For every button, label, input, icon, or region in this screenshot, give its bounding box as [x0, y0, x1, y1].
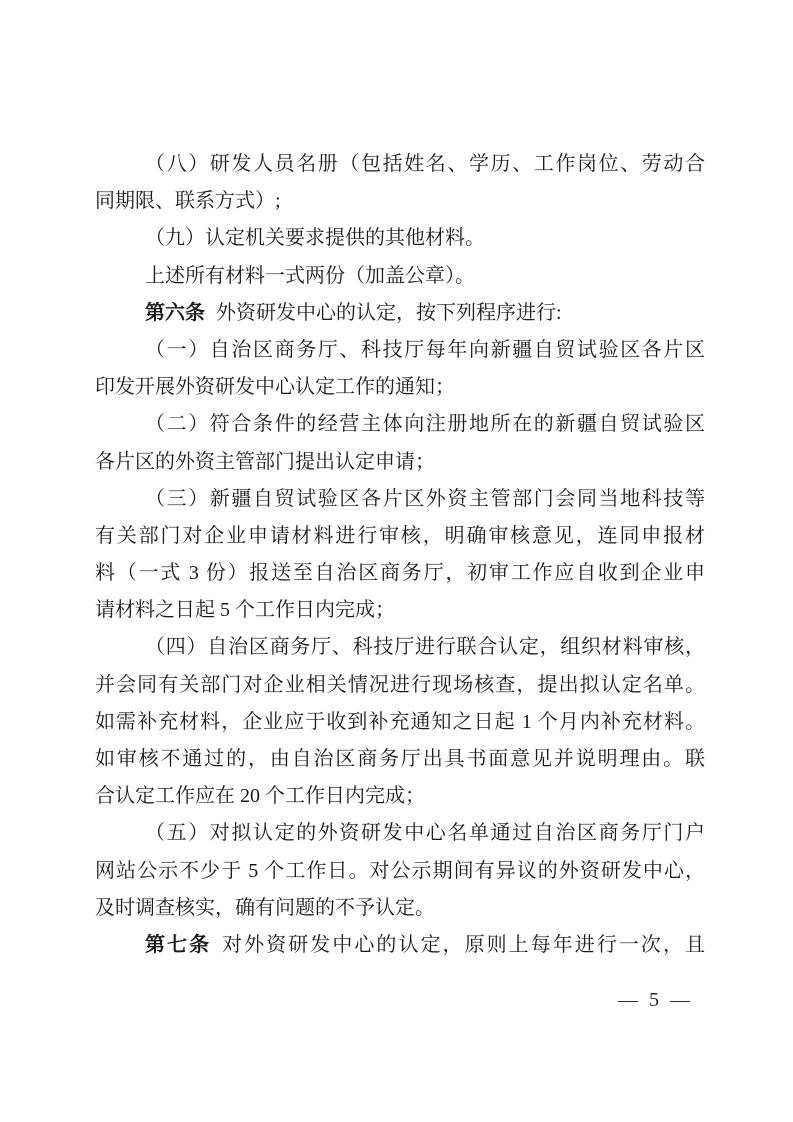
line-text: （三）新疆自贸试验区各片区外资主管部门会同当地科技等	[145, 488, 705, 510]
text-line: 如需补充材料，企业应于收到补充通知之日起 1 个月内补充材料。	[95, 704, 705, 741]
text-line: 请材料之日起 5 个工作日内完成；	[95, 592, 705, 629]
line-text: 印发开展外资研发中心认定工作的通知；	[95, 376, 455, 398]
line-text: （四）自治区商务厅、科技厅进行联合认定，组织材料审核，	[145, 636, 705, 658]
text-line: 第六条外资研发中心的认定，按下列程序进行:	[95, 295, 705, 332]
line-text: （八）研发人员名册（包括姓名、学历、工作岗位、劳动合	[145, 153, 705, 175]
line-text: 对外资研发中心的认定，原则上每年进行一次，且	[222, 934, 705, 956]
line-text: （二）符合条件的经营主体向注册地所在的新疆自贸试验区	[145, 413, 705, 435]
line-text: 网站公示不少于 5 个工作日。对公示期间有异议的外资研发中心，	[95, 860, 705, 882]
page-number: — 5 —	[618, 986, 693, 1014]
line-text: 料（一式 3 份）报送至自治区商务厅，初审工作应自收到企业申	[95, 562, 705, 584]
article-number-label: 第六条	[145, 302, 205, 324]
text-line: （四）自治区商务厅、科技厅进行联合认定，组织材料审核，	[95, 629, 705, 666]
text-line: （二）符合条件的经营主体向注册地所在的新疆自贸试验区	[95, 406, 705, 443]
text-line: 合认定工作应在 20 个工作日内完成；	[95, 778, 705, 815]
text-line: （八）研发人员名册（包括姓名、学历、工作岗位、劳动合	[95, 146, 705, 183]
text-line: 各片区的外资主管部门提出认定申请；	[95, 444, 705, 481]
text-line: （一）自治区商务厅、科技厅每年向新疆自贸试验区各片区	[95, 332, 705, 369]
document-body: （八）研发人员名册（包括姓名、学历、工作岗位、劳动合 同期限、联系方式）; （九…	[95, 146, 705, 964]
text-line: 有关部门对企业申请材料进行审核，明确审核意见，连同申报材	[95, 518, 705, 555]
line-text: （一）自治区商务厅、科技厅每年向新疆自贸试验区各片区	[145, 339, 705, 361]
line-text: 如需补充材料，企业应于收到补充通知之日起 1 个月内补充材料。	[95, 711, 705, 733]
text-line: 及时调查核实，确有问题的不予认定。	[95, 890, 705, 927]
line-text: 请材料之日起 5 个工作日内完成；	[95, 599, 395, 621]
text-line: （三）新疆自贸试验区各片区外资主管部门会同当地科技等	[95, 481, 705, 518]
line-text: 上述所有材料一式两份（加盖公章）。	[145, 265, 475, 287]
line-text: 外资研发中心的认定，按下列程序进行:	[216, 302, 562, 324]
text-line: （五）对拟认定的外资研发中心名单通过自治区商务厅门户	[95, 815, 705, 852]
text-line: 如审核不通过的，由自治区商务厅出具书面意见并说明理由。联	[95, 741, 705, 778]
line-text: 合认定工作应在 20 个工作日内完成；	[95, 785, 425, 807]
text-line: （九）认定机关要求提供的其他材料。	[95, 220, 705, 257]
line-text: 及时调查核实，确有问题的不予认定。	[95, 897, 435, 919]
line-text: 并会同有关部门对企业相关情况进行现场核查，提出拟认定名单。	[95, 674, 705, 696]
line-text: 如审核不通过的，由自治区商务厅出具书面意见并说明理由。联	[95, 748, 705, 770]
text-line: 同期限、联系方式）;	[95, 183, 705, 220]
document-page: （八）研发人员名册（包括姓名、学历、工作岗位、劳动合 同期限、联系方式）; （九…	[0, 0, 793, 1122]
text-line: 料（一式 3 份）报送至自治区商务厅，初审工作应自收到企业申	[95, 555, 705, 592]
text-line: 第七条对外资研发中心的认定，原则上每年进行一次，且	[95, 927, 705, 964]
line-text: 同期限、联系方式）;	[95, 190, 281, 212]
line-text: 各片区的外资主管部门提出认定申请；	[95, 451, 435, 473]
article-number-label: 第七条	[145, 934, 211, 956]
text-line: 并会同有关部门对企业相关情况进行现场核查，提出拟认定名单。	[95, 667, 705, 704]
text-line: 网站公示不少于 5 个工作日。对公示期间有异议的外资研发中心，	[95, 853, 705, 890]
text-line: 上述所有材料一式两份（加盖公章）。	[95, 258, 705, 295]
line-text: （九）认定机关要求提供的其他材料。	[145, 227, 485, 249]
line-text: 有关部门对企业申请材料进行审核，明确审核意见，连同申报材	[95, 525, 705, 547]
line-text: （五）对拟认定的外资研发中心名单通过自治区商务厅门户	[145, 822, 705, 844]
text-line: 印发开展外资研发中心认定工作的通知；	[95, 369, 705, 406]
